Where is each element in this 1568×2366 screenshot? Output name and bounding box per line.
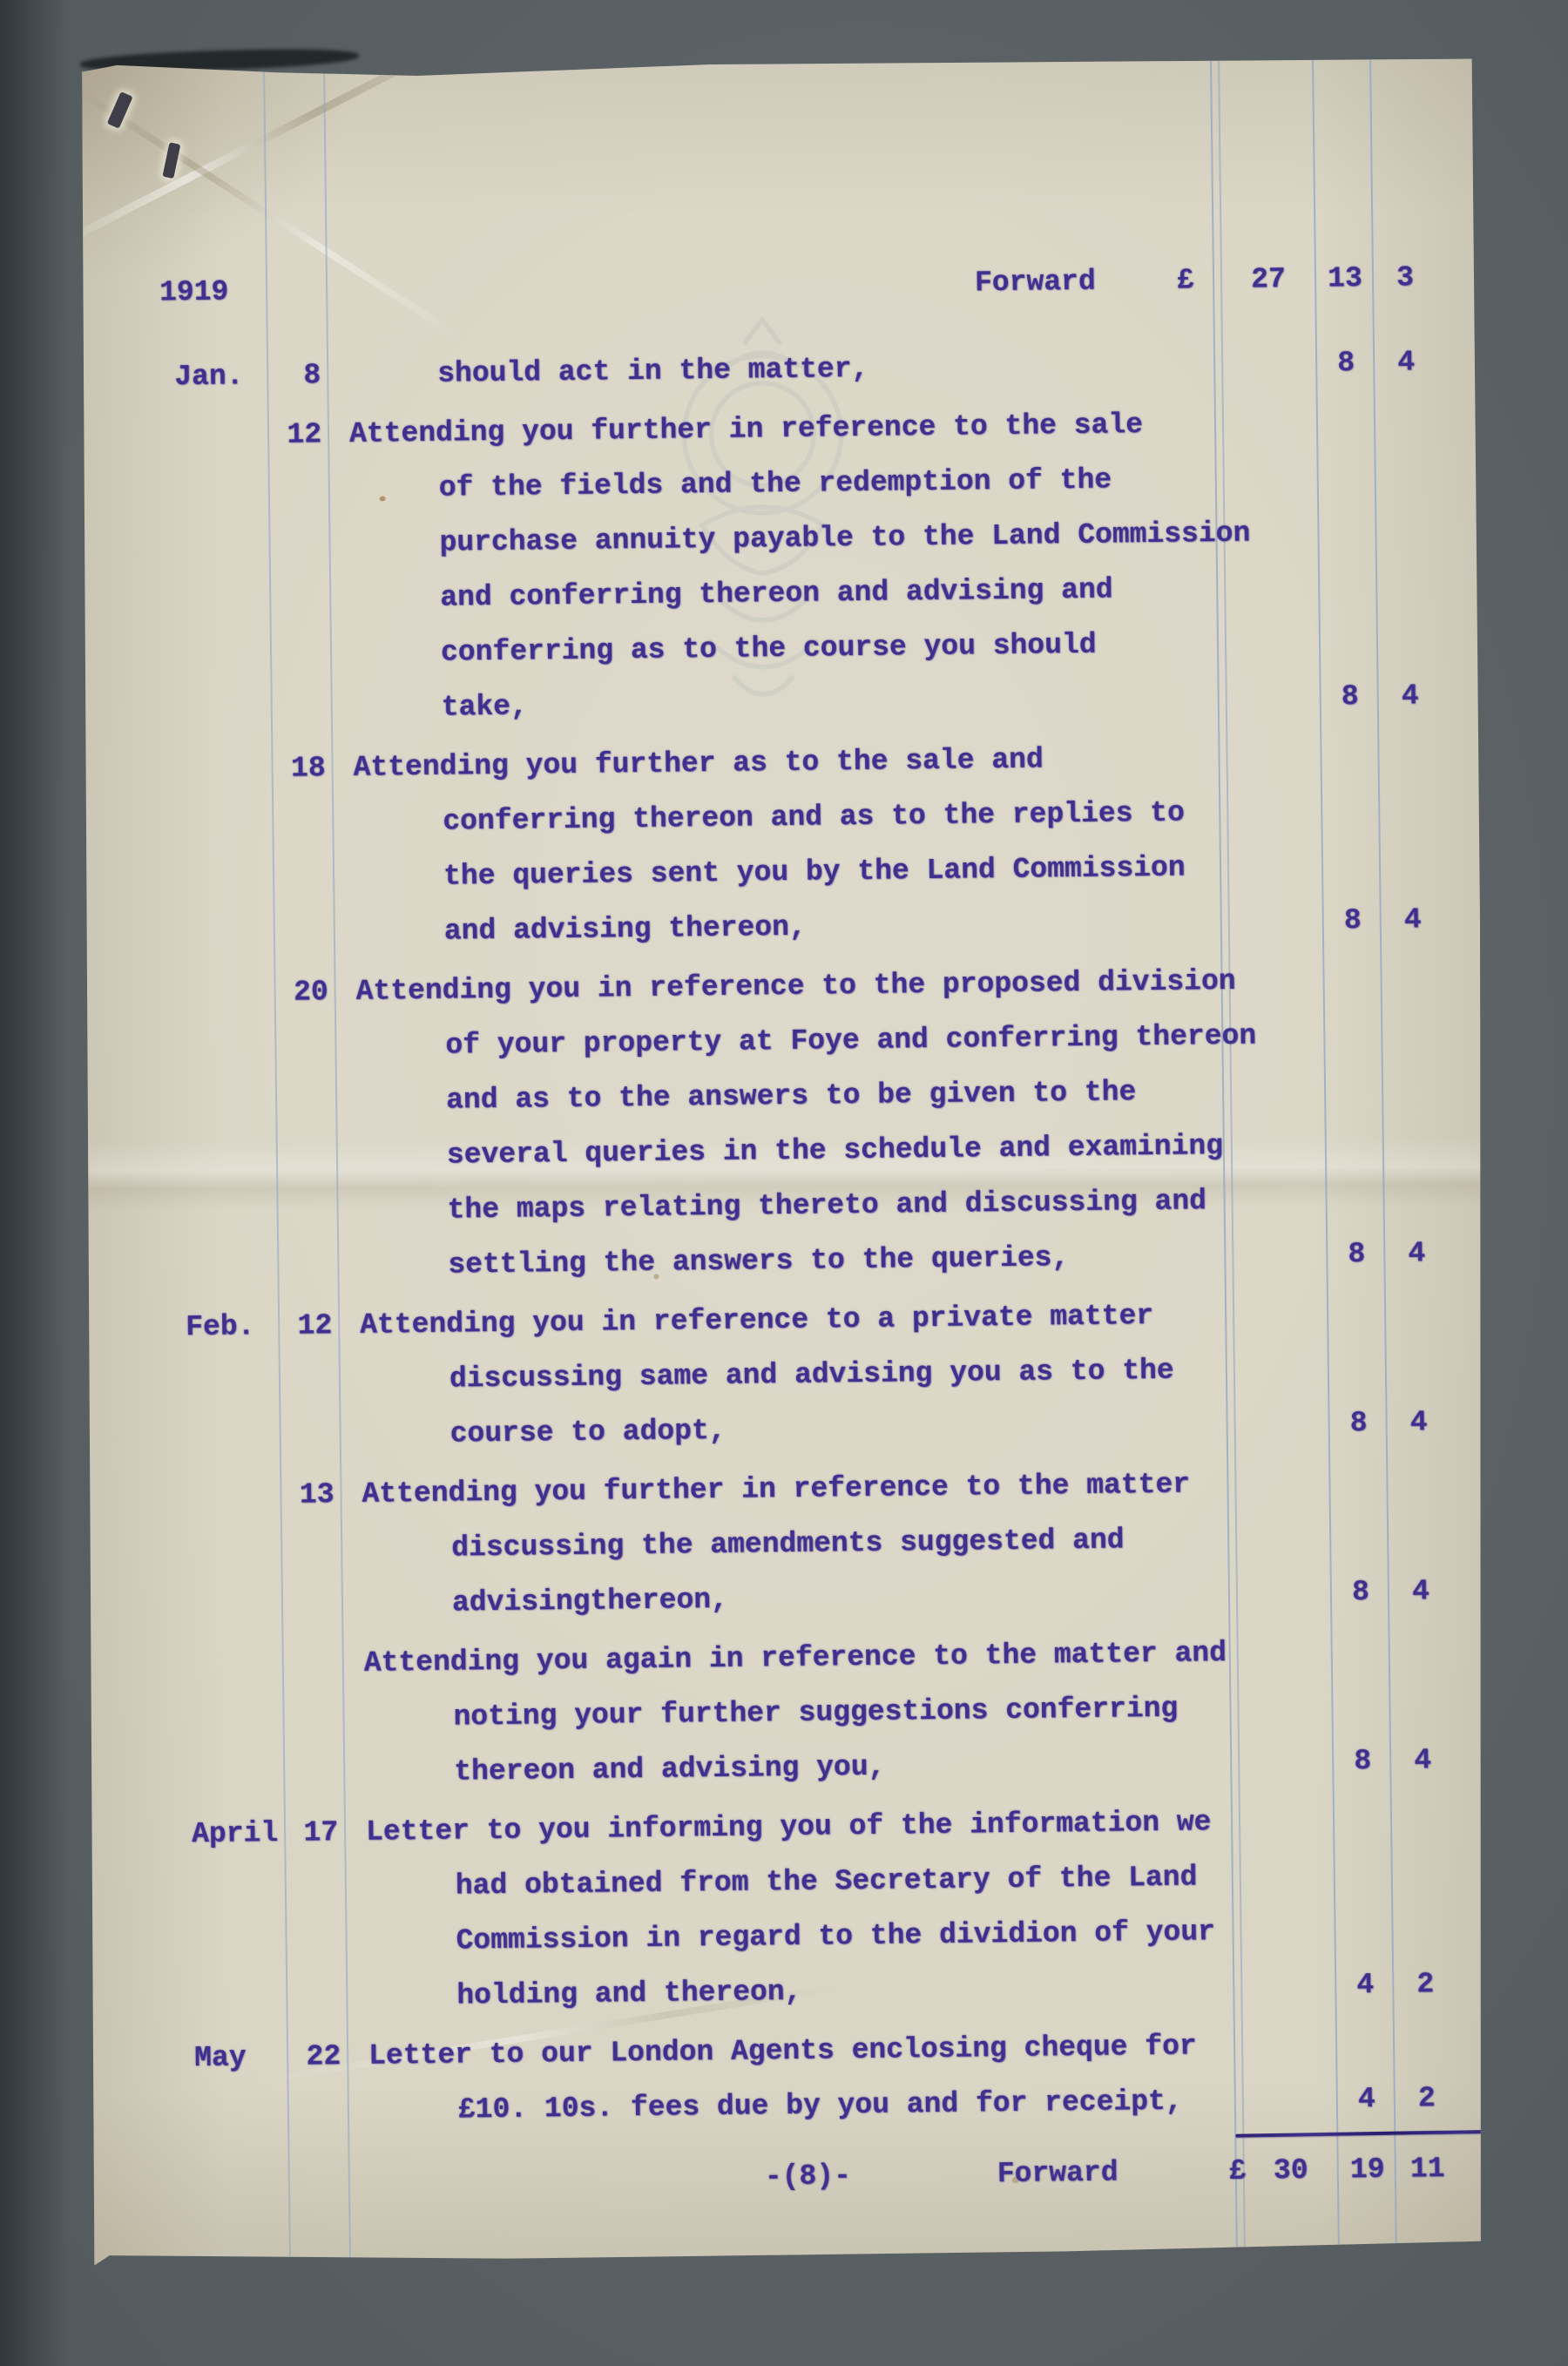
day-cell (297, 1860, 339, 1861)
description-text: discussing same and advising you as to t… (449, 1343, 1174, 1407)
ledger-entries: Jan. 8 should act in the matter, 8 4 12 … (85, 334, 1484, 2141)
description-text: conferring as to the course you should (441, 618, 1097, 680)
description-text: Letter to our London Agents enclosing ch… (368, 2018, 1197, 2083)
day-cell (282, 626, 324, 627)
shillings-value: 19 (1338, 2142, 1396, 2198)
shillings-value (1318, 395, 1375, 395)
day-cell: 8 (279, 348, 321, 403)
year-label: 1919 (159, 265, 229, 321)
pence-value (1392, 1792, 1455, 1793)
ledger-entry: Jan. 8 should act in the matter, 8 4 (85, 334, 1482, 405)
shillings-value: 8 (1329, 1396, 1388, 1451)
month-cell: Feb. (186, 1299, 255, 1355)
pence-value (1379, 727, 1442, 728)
description-text: and as to the answers to be given to the (446, 1065, 1137, 1127)
shillings-value (1329, 1341, 1387, 1342)
description-text: and advising thereon, (443, 900, 807, 959)
pence-value (1392, 1847, 1455, 1848)
shillings-value (1326, 1062, 1383, 1063)
description-text: £10. 10s. fees due by you and for receip… (458, 2074, 1183, 2138)
description-text: Attending you in reference to a private … (360, 1288, 1154, 1353)
currency-symbol: £ (1177, 253, 1195, 308)
pence-value (1382, 1006, 1445, 1007)
pence-value (1377, 558, 1440, 559)
carried-forward-row: 1919 Forward £ 27 13 3 (84, 249, 1481, 321)
description-text: discussing the amendments suggested and (451, 1512, 1125, 1575)
pence-value: 2 (1394, 1957, 1457, 2012)
day-cell (300, 2084, 341, 2085)
pence-value (1384, 1171, 1447, 1172)
ledger-entry: 20 Attending you in reference to the pro… (92, 950, 1484, 1296)
day-cell: 12 (280, 407, 322, 463)
day-cell (282, 681, 324, 682)
day-cell (291, 1408, 333, 1409)
pence-value: 4 (1391, 1733, 1455, 1788)
pence-value (1386, 1285, 1449, 1286)
shillings-value: 8 (1332, 1565, 1390, 1620)
forward-total-row: -(8)- Forward £ 30 19 11 (107, 2140, 1484, 2212)
pence-value: 3 (1374, 250, 1437, 306)
description-text: conferring thereon and as to the replies… (443, 786, 1185, 849)
description-text: Attending you again in reference to the … (363, 1626, 1227, 1691)
day-cell (294, 1636, 335, 1637)
day-cell (284, 795, 326, 796)
typed-content: 1919 Forward £ 27 13 3 Jan. 8 should act… (82, 58, 1484, 2265)
shillings-value (1337, 2017, 1395, 2018)
month-cell: Jan. (174, 348, 244, 404)
description-text: holding and thereon, (456, 1964, 802, 2024)
shillings-value (1318, 450, 1375, 450)
forward-label: Forward (975, 254, 1096, 311)
description-text: Attending you further in reference to th… (362, 1457, 1190, 1522)
day-cell: 17 (296, 1805, 339, 1861)
description-text: thereon and advising you, (454, 1740, 886, 1800)
description-text: and conferring thereon and advising and (440, 563, 1113, 625)
shillings-value (1326, 1117, 1383, 1118)
shillings-value: 8 (1328, 1227, 1386, 1282)
pence-value (1389, 1623, 1452, 1624)
description-text: noting your further suggestions conferri… (453, 1681, 1178, 1745)
month-cell: May (194, 2030, 247, 2085)
shillings-value: 13 (1316, 251, 1375, 307)
day-cell (293, 1522, 335, 1523)
pence-value (1382, 951, 1444, 952)
day-cell (288, 1184, 330, 1185)
pence-value (1393, 1902, 1456, 1903)
scan-edge-shadow (0, 0, 68, 2366)
shillings-value (1321, 728, 1379, 729)
day-cell (287, 1019, 328, 1020)
day-cell: 20 (286, 964, 328, 1020)
pence-value: 2 (1395, 2071, 1458, 2126)
pence-value (1383, 1116, 1446, 1117)
day-cell (294, 1691, 336, 1692)
shillings-value: 4 (1336, 1957, 1395, 2013)
day-cell (285, 905, 327, 906)
shillings-value: 8 (1323, 893, 1382, 949)
sheet-content: 1919 Forward £ 27 13 3 Jan. 8 should act… (82, 58, 1484, 2265)
ledger-entry: April 17 Letter to you informing you of … (103, 1791, 1484, 2027)
day-cell (295, 1746, 337, 1747)
description-text: had obtained from the Secretary of the L… (455, 1849, 1197, 1913)
shillings-value (1335, 1903, 1393, 1903)
day-cell (285, 850, 327, 851)
shillings-value (1328, 1286, 1386, 1287)
shillings-value (1327, 1172, 1384, 1173)
description-text: the queries sent you by the Land Commiss… (443, 841, 1186, 904)
day-cell: 18 (283, 740, 326, 796)
pounds-value: 27 (1222, 252, 1315, 308)
shillings-value (1319, 504, 1376, 505)
day-cell (297, 1915, 339, 1916)
pence-value: 4 (1389, 1564, 1453, 1619)
ledger-entry: May 22 Letter to our London Agents enclo… (105, 2015, 1484, 2141)
description-text: the maps relating thereto and discussing… (447, 1173, 1206, 1237)
pence-value (1389, 1509, 1451, 1510)
day-cell (280, 517, 322, 517)
pence-value: 4 (1378, 668, 1442, 724)
pence-value (1380, 782, 1443, 783)
day-cell: 13 (292, 1467, 335, 1523)
shillings-value (1330, 1455, 1388, 1456)
shillings-value (1320, 559, 1377, 560)
ledger-entry: Attending you again in reference to the … (100, 1622, 1484, 1803)
description-text: Letter to you informing you of the infor… (366, 1795, 1212, 1860)
shillings-value (1331, 1510, 1389, 1511)
day-cell: 22 (299, 2029, 341, 2085)
description-text: of your property at Foye and conferring … (445, 1009, 1256, 1073)
pence-value (1381, 837, 1443, 838)
day-cell: 12 (290, 1298, 333, 1354)
pence-value (1388, 1454, 1450, 1455)
ledger-entry: 12 Attending you further in reference to… (86, 393, 1484, 739)
description-text: course to adopt, (449, 1403, 727, 1462)
day-cell (291, 1353, 333, 1354)
description-text: Commission in regard to the dividion of … (456, 1904, 1215, 1968)
pence-value: 4 (1375, 335, 1438, 390)
month-cell: April (192, 1806, 279, 1862)
pence-value (1390, 1678, 1453, 1679)
description-text: several queries in the schedule and exam… (447, 1119, 1224, 1183)
pence-value (1387, 1340, 1450, 1341)
description-text: purchase annuity payable to the Land Com… (439, 506, 1250, 571)
page-number: -(8)- (764, 2148, 851, 2204)
pence-value: 4 (1387, 1395, 1450, 1450)
ledger-entry: 13 Attending you further in reference to… (98, 1453, 1484, 1634)
day-cell (287, 1074, 329, 1075)
description-text: take, (441, 679, 528, 734)
shillings-value (1335, 1848, 1392, 1849)
shillings-value (1332, 1624, 1389, 1625)
pence-value (1395, 2016, 1457, 2017)
shillings-value (1322, 783, 1380, 784)
pence-value (1375, 449, 1438, 450)
description-text: of the fields and the redemption of the (438, 453, 1112, 516)
description-text: Attending you further in reference to th… (349, 397, 1144, 462)
shillings-value: 8 (1334, 1734, 1392, 1789)
pence-value: 4 (1381, 892, 1444, 948)
day-cell (281, 571, 323, 572)
shillings-value (1325, 1007, 1382, 1008)
description-text: should act in the matter, (437, 341, 869, 402)
day-cell (288, 1129, 330, 1130)
ledger-paper: 1919 Forward £ 27 13 3 Jan. 8 should act… (82, 58, 1484, 2265)
forward-label: Forward (997, 2146, 1118, 2202)
day-cell (298, 1970, 340, 1971)
ledger-entry: 18 Attending you further as to the sale … (90, 727, 1484, 963)
total-rule (1235, 2129, 1484, 2137)
shillings-value: 8 (1317, 335, 1375, 391)
day-cell (289, 1239, 331, 1240)
description-text: advisingthereon, (452, 1572, 729, 1631)
scanned-document-photo: 1919 Forward £ 27 13 3 Jan. 8 should act… (0, 0, 1568, 2366)
day-cell (280, 462, 321, 463)
description-text: Attending you in reference to the propos… (355, 954, 1236, 1019)
shillings-value (1321, 614, 1378, 615)
shillings-value (1323, 838, 1381, 839)
description-text: settling the answers to the queries, (448, 1230, 1070, 1292)
pounds-value: 30 (1244, 2143, 1337, 2199)
pence-value (1378, 613, 1441, 614)
pence-value (1383, 1061, 1446, 1062)
pence-value (1376, 504, 1439, 504)
entry-line: Jan. 8 should act in the matter, 8 4 (85, 334, 1482, 405)
shillings-value (1324, 952, 1382, 953)
description-text: Attending you further as to the sale and (353, 732, 1044, 794)
shillings-value: 8 (1321, 669, 1379, 725)
pence-value: 11 (1396, 2141, 1459, 2197)
shillings-value (1335, 1793, 1392, 1794)
shillings-value (1333, 1679, 1390, 1680)
day-cell (294, 1577, 335, 1578)
pence-value: 4 (1385, 1226, 1449, 1281)
ledger-entry: Feb. 12 Attending you in reference to a … (97, 1284, 1484, 1465)
shillings-value: 4 (1337, 2072, 1396, 2127)
pence-value (1375, 394, 1438, 395)
